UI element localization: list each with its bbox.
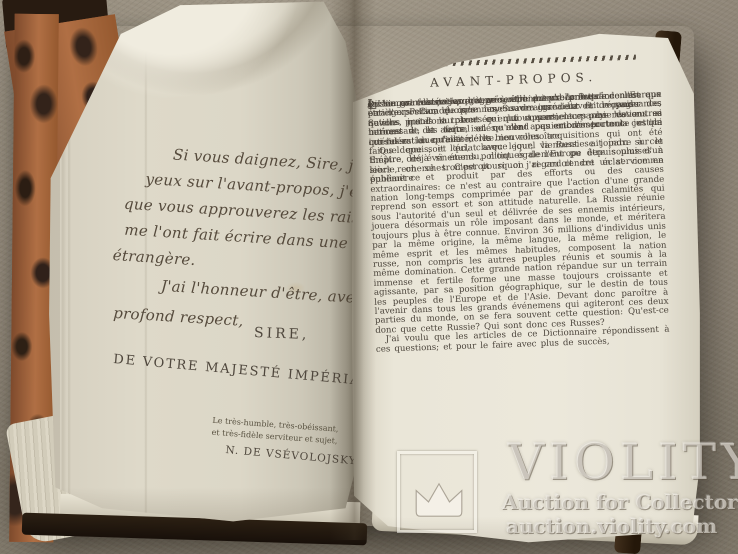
crown-icon [414, 482, 464, 520]
watermark-tagline: Auction for Collectors [502, 492, 738, 512]
watermark-url: auction.violity.com [506, 516, 717, 536]
watermark-brand: VIOLITY [508, 437, 738, 487]
watermark: VIOLITY Auction for Collectors auction.v… [0, 0, 738, 554]
photo-scene: Si vous daignez, Sire, jeter les yeux su… [0, 0, 738, 554]
watermark-crown-box [397, 451, 477, 533]
